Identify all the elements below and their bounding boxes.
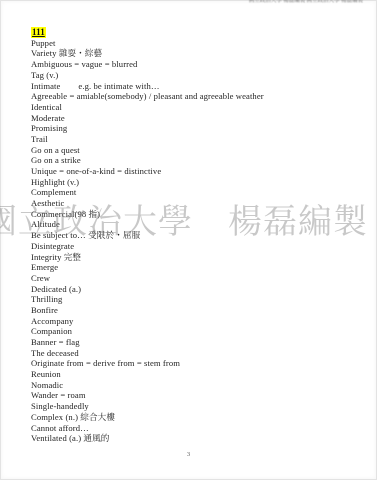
vocab-line: Go on a strike bbox=[31, 155, 264, 166]
section-heading-highlight: 111 bbox=[31, 27, 46, 38]
vocab-line: Companion bbox=[31, 326, 264, 337]
vocab-line: Complex (n.) 綜合大樓 bbox=[31, 412, 264, 423]
vocab-line: Be subject to… 受限於・屈服 bbox=[31, 230, 264, 241]
vocab-line: Nomadic bbox=[31, 380, 264, 391]
vocab-line: Single-handedly bbox=[31, 401, 264, 412]
vocab-line: Banner = flag bbox=[31, 337, 264, 348]
vocab-list: PuppetVariety 雜耍・綜藝Ambiguous = vague = b… bbox=[31, 38, 264, 444]
vocab-line: Intimate e.g. be intimate with… bbox=[31, 81, 264, 92]
vocab-line: Go on a quest bbox=[31, 145, 264, 156]
vocab-line: The deceased bbox=[31, 348, 264, 359]
vocab-line: Integrity 完整 bbox=[31, 252, 264, 263]
vocab-line: Altitude bbox=[31, 219, 264, 230]
section-heading-line: 111 bbox=[31, 27, 264, 38]
document-page: 國立政治大學 楊磊編製 國立政治大學 楊磊編製 國立政治大學 楊磊編製 111 … bbox=[0, 0, 377, 480]
vocab-line: Reunion bbox=[31, 369, 264, 380]
vocab-line: Wander = roam bbox=[31, 390, 264, 401]
vocab-line: Ventilated (a.) 通風的 bbox=[31, 433, 264, 444]
vocab-line: Complement bbox=[31, 187, 264, 198]
vocab-line: Crew bbox=[31, 273, 264, 284]
vocab-line: Moderate bbox=[31, 113, 264, 124]
vocab-line: Thrilling bbox=[31, 294, 264, 305]
vocab-line: Dedicated (a.) bbox=[31, 284, 264, 295]
vocab-content: 111 PuppetVariety 雜耍・綜藝Ambiguous = vague… bbox=[31, 27, 264, 444]
vocab-line: Tag (v.) bbox=[31, 70, 264, 81]
vocab-line: Unique = one-of-a-kind = distinctive bbox=[31, 166, 264, 177]
vocab-line: Agreeable = amiable(somebody) / pleasant… bbox=[31, 91, 264, 102]
vocab-line: Disintegrate bbox=[31, 241, 264, 252]
vocab-line: Puppet bbox=[31, 38, 264, 49]
page-number: 3 bbox=[0, 451, 377, 458]
vocab-line: Aesthetic bbox=[31, 198, 264, 209]
vocab-line: Commercial(98 指) bbox=[31, 209, 264, 220]
vocab-line: Variety 雜耍・綜藝 bbox=[31, 48, 264, 59]
vocab-line: Identical bbox=[31, 102, 264, 113]
vocab-line: Bonfire bbox=[31, 305, 264, 316]
vocab-line: Highlight (v.) bbox=[31, 177, 264, 188]
vocab-line: Emerge bbox=[31, 262, 264, 273]
header-note-illegible: 國立政治大學 楊磊編製 國立政治大學 楊磊編製 bbox=[249, 0, 363, 5]
vocab-line: Cannot afford… bbox=[31, 423, 264, 434]
vocab-line: Ambiguous = vague = blurred bbox=[31, 59, 264, 70]
vocab-line: Originate from = derive from = stem from bbox=[31, 358, 264, 369]
vocab-line: Promising bbox=[31, 123, 264, 134]
vocab-line: Trail bbox=[31, 134, 264, 145]
vocab-line: Accompany bbox=[31, 316, 264, 327]
